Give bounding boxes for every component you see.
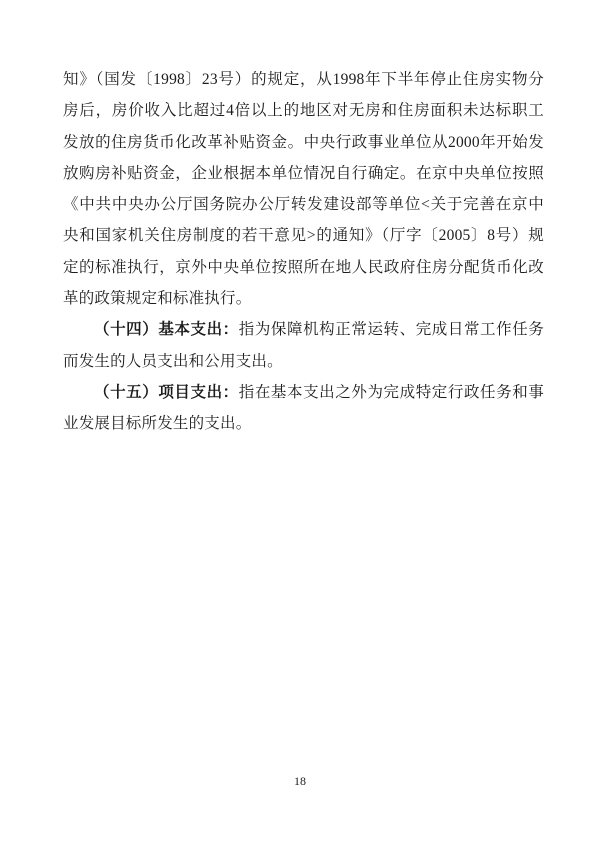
line-text: 知》（国发〔1998〕23号）的规定，从1998年下半年停止住房实物分 <box>63 71 544 88</box>
text-line: （十五）项目支出：指在基本支出之外为完成特定行政任务和事 <box>63 377 544 408</box>
line-text: 《中共中央办公厅国务院办公厅转发建设部等单位<关于完善在京中 <box>63 196 544 213</box>
page-number: 18 <box>0 774 600 789</box>
line-text: 房后，房价收入比超过4倍以上的地区对无房和住房面积未达标职工 <box>63 102 544 119</box>
text-line: 定的标准执行，京外中央单位按照所在地人民政府住房分配货币化改 <box>63 252 544 283</box>
term-label: （十四）基本支出： <box>94 321 239 338</box>
text-line: 放购房补贴资金，企业根据本单位情况自行确定。在京中央单位按照 <box>63 158 544 189</box>
line-text: 指在基本支出之外为完成特定行政任务和事 <box>239 384 544 401</box>
text-line: 业发展目标所发生的支出。 <box>63 408 544 439</box>
text-line: 央和国家机关住房制度的若干意见>的通知》（厅字〔2005〕8号）规 <box>63 220 544 251</box>
line-text: 革的政策规定和标准执行。 <box>63 290 251 307</box>
line-text: 定的标准执行，京外中央单位按照所在地人民政府住房分配货币化改 <box>63 259 544 276</box>
text-line: 知》（国发〔1998〕23号）的规定，从1998年下半年停止住房实物分 <box>63 64 544 95</box>
document-page: 知》（国发〔1998〕23号）的规定，从1998年下半年停止住房实物分 房后，房… <box>0 0 600 849</box>
line-text: 央和国家机关住房制度的若干意见>的通知》（厅字〔2005〕8号）规 <box>63 227 544 244</box>
line-text: 放购房补贴资金，企业根据本单位情况自行确定。在京中央单位按照 <box>63 165 544 182</box>
line-text: 发放的住房货币化改革补贴资金。中央行政事业单位从2000年开始发 <box>63 134 544 151</box>
text-line: 革的政策规定和标准执行。 <box>63 283 544 314</box>
line-text: 业发展目标所发生的支出。 <box>63 415 251 432</box>
document-body: 知》（国发〔1998〕23号）的规定，从1998年下半年停止住房实物分 房后，房… <box>63 64 544 440</box>
text-line: （十四）基本支出：指为保障机构正常运转、完成日常工作任务 <box>63 314 544 345</box>
text-line: 而发生的人员支出和公用支出。 <box>63 346 544 377</box>
text-line: 房后，房价收入比超过4倍以上的地区对无房和住房面积未达标职工 <box>63 95 544 126</box>
line-text: 而发生的人员支出和公用支出。 <box>63 353 283 370</box>
text-line: 发放的住房货币化改革补贴资金。中央行政事业单位从2000年开始发 <box>63 127 544 158</box>
line-text: 指为保障机构正常运转、完成日常工作任务 <box>239 321 544 338</box>
term-label: （十五）项目支出： <box>94 384 239 401</box>
text-line: 《中共中央办公厅国务院办公厅转发建设部等单位<关于完善在京中 <box>63 189 544 220</box>
